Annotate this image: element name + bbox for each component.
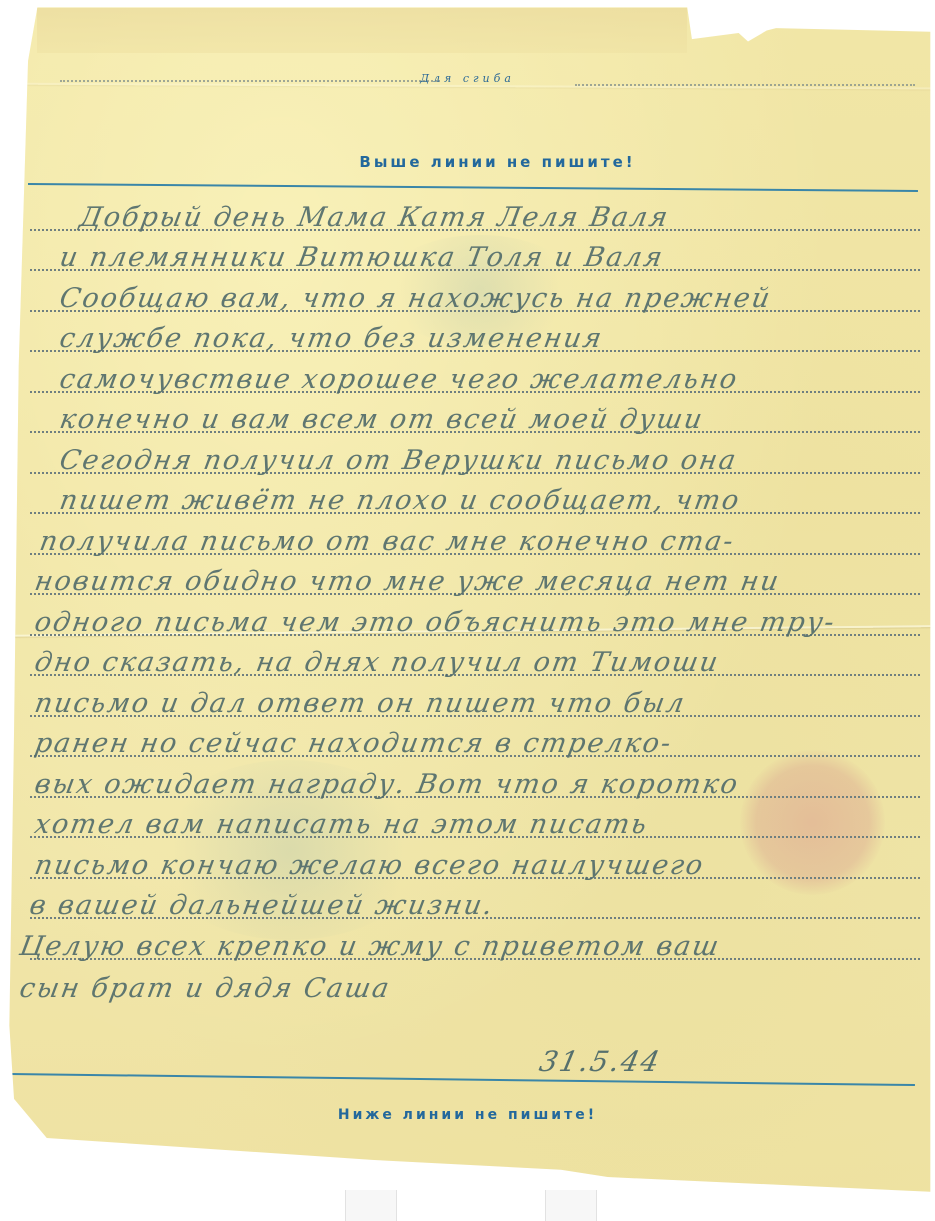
ruled-line: сын брат и дядя Саша — [30, 960, 920, 1001]
ruled-line: самочувствие хорошее чего желательно — [30, 352, 920, 393]
ruled-line: письмо кончаю желаю всего наилучшего — [30, 838, 920, 879]
ruled-line: Сегодня получил от Верушки письмо она — [30, 433, 920, 474]
handwritten-line: получила письмо от вас мне конечно ста- — [37, 526, 737, 557]
handwritten-line: Добрый день Мама Катя Леля Валя — [77, 202, 672, 233]
handwritten-line: в вашей дальнейшей жизни. — [27, 890, 496, 921]
handwritten-line: дно сказать, на днях получил от Тимоши — [32, 647, 722, 678]
ruled-line: пишет живёт не плохо и сообщает, что — [30, 474, 920, 515]
handwritten-line: самочувствие хорошее чего желательно — [57, 364, 741, 395]
ruled-line: хотел вам написать на этом писать — [30, 798, 920, 839]
ruled-line: Сообщаю вам, что я нахожусь на прежней — [30, 271, 920, 312]
ruled-line: в вашей дальнейшей жизни. — [30, 879, 920, 920]
ruled-line: письмо и дал ответ он пишет что был — [30, 676, 920, 717]
handwritten-line: одного письма чем это объяснить это мне … — [32, 607, 838, 638]
handwritten-line: службе пока, что без изменения — [57, 323, 606, 354]
handwritten-line: конечно и вам всем от всей моей души — [57, 404, 706, 435]
handwritten-line: хотел вам написать на этом писать — [32, 809, 651, 840]
handwritten-line: сын брат и дядя Саша — [17, 973, 393, 1004]
handwritten-line: Сегодня получил от Верушки письмо она — [57, 445, 740, 476]
ruled-line: и племянники Витюшка Толя и Валя — [30, 231, 920, 272]
handwritten-line: Сообщаю вам, что я нахожусь на прежней — [57, 283, 774, 314]
handwritten-body: Добрый день Мама Катя Леля Валя и племян… — [30, 190, 920, 1000]
handwritten-line: новится обидно что мне уже месяца нет ни — [32, 566, 783, 597]
ruled-line: новится обидно что мне уже месяца нет ни — [30, 555, 920, 596]
ruled-line: дно сказать, на днях получил от Тимоши — [30, 636, 920, 677]
handwritten-line: и племянники Витюшка Толя и Валя — [57, 242, 666, 273]
handwritten-line: вых ожидает награду. Вот что я коротко — [32, 769, 741, 800]
ruled-line: конечно и вам всем от всей моей души — [30, 393, 920, 434]
bottom-instruction: Ниже линии не пишите! — [0, 1107, 935, 1123]
handwritten-line: Целую всех крепко и жму с приветом ваш — [17, 931, 723, 962]
ruled-line: вых ожидает награду. Вот что я коротко — [30, 757, 920, 798]
ruled-line: Целую всех крепко и жму с приветом ваш — [30, 919, 920, 960]
bottom-rule-line — [10, 1073, 915, 1086]
ruled-line: службе пока, что без изменения — [30, 312, 920, 353]
letter-date: 31.5.44 — [536, 1045, 664, 1078]
handwritten-line: письмо и дал ответ он пишет что был — [32, 688, 688, 719]
ruled-line: ранен но сейчас находится в стрелко- — [30, 717, 920, 758]
letter-paper: Для сгиба Выше линии не пишите! Добрый д… — [0, 0, 935, 1221]
top-instruction: Выше линии не пишите! — [30, 153, 935, 171]
ruled-line: Добрый день Мама Катя Леля Валя — [30, 190, 920, 231]
handwritten-line: письмо кончаю желаю всего наилучшего — [32, 850, 707, 881]
handwritten-line: ранен но сейчас находится в стрелко- — [32, 728, 675, 759]
torn-top-flap — [37, 8, 687, 53]
ruled-line: одного письма чем это объяснить это мне … — [30, 595, 920, 636]
fold-label: Для сгиба — [0, 72, 935, 85]
scanner-paper-tab — [345, 1190, 397, 1221]
ruled-line: получила письмо от вас мне конечно ста- — [30, 514, 920, 555]
handwritten-line: пишет живёт не плохо и сообщает, что — [57, 485, 743, 516]
scanner-paper-tab — [545, 1190, 597, 1221]
